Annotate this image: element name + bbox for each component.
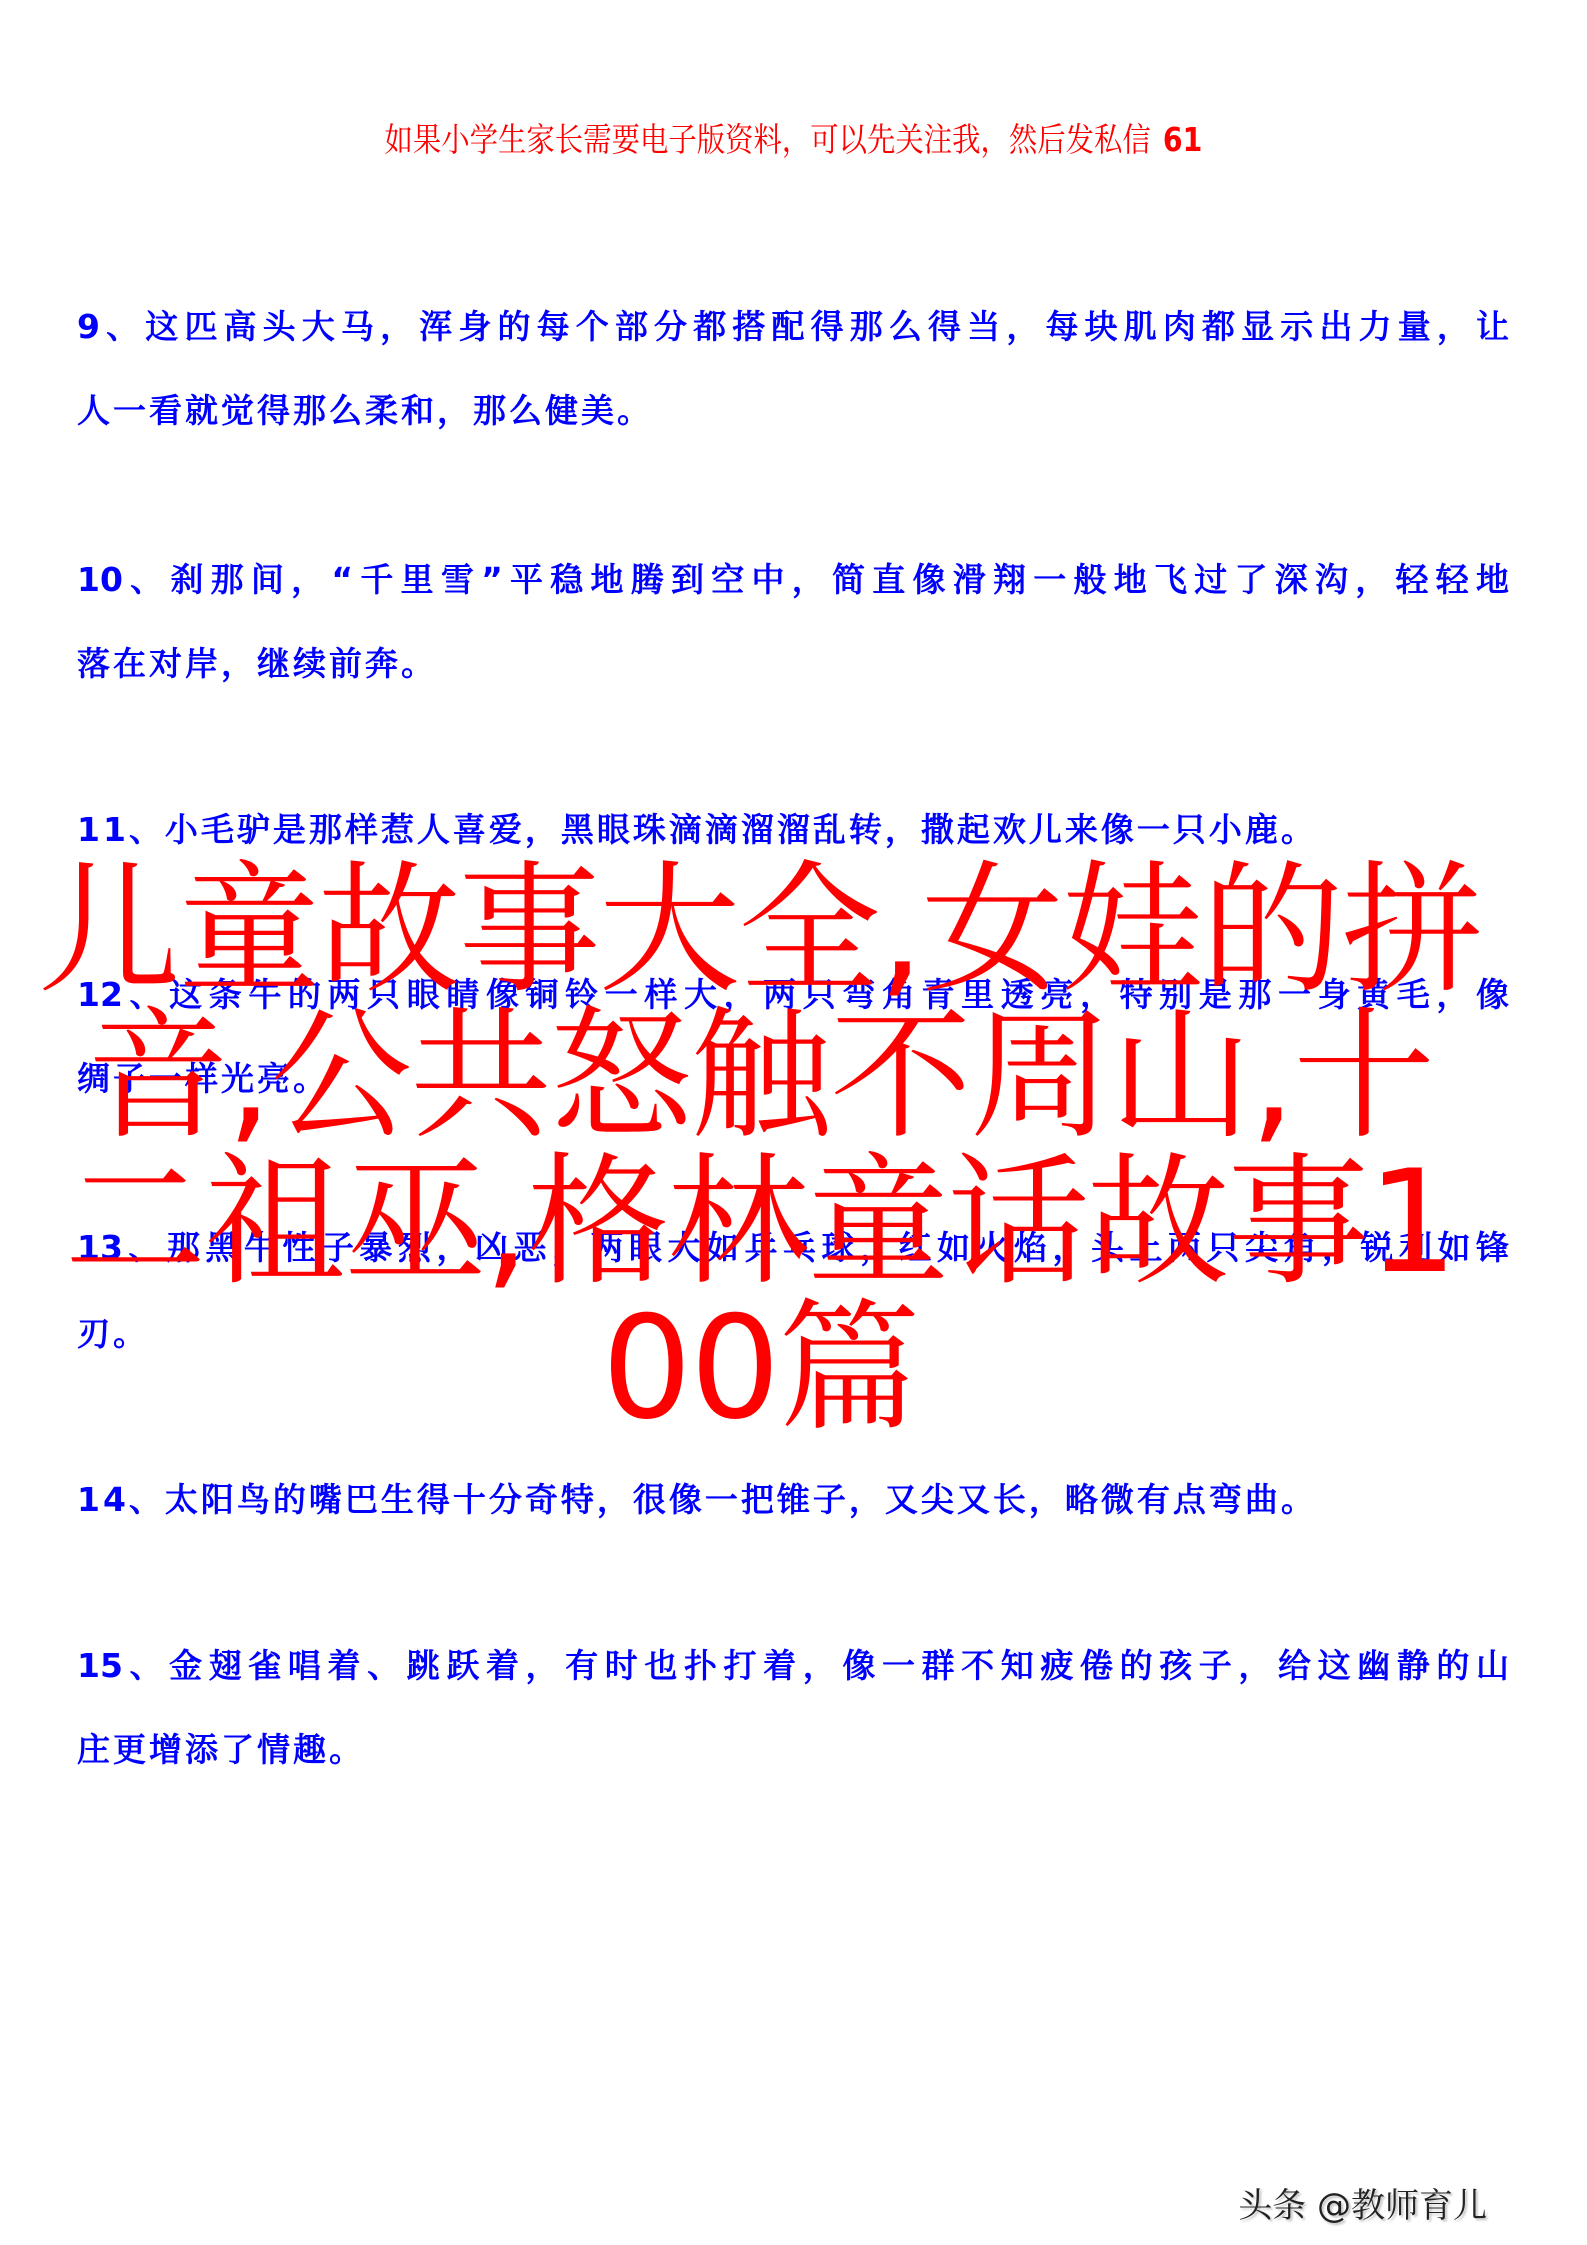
item-14-line-1: 14、太阳鸟的嘴巴生得十分奇特，很像一把锥子，又尖又长，略微有点弯曲。 bbox=[77, 1478, 1317, 1522]
item-15-line-1: 15、金翅雀唱着、跳跃着，有时也扑打着，像一群不知疲倦的孩子，给这幽静的山 bbox=[77, 1644, 1509, 1688]
item-9-line-1: 9、这匹高头大马，浑身的每个部分都搭配得那么得当，每块肌肉都显示出力量，让 bbox=[77, 305, 1509, 349]
overlay-title-line-3: 二祖巫,格林童话故事1 bbox=[20, 1150, 1500, 1296]
header-text: 如果小学生家长需要电子版资料，可以先关注我，然后发私信 bbox=[385, 120, 1151, 159]
overlay-title: 儿童故事大全,女娃的拼 音,公共怒触不周山,十 二祖巫,格林童话故事1 00篇 bbox=[20, 858, 1500, 1442]
item-11-line-1: 11、小毛驴是那样惹人喜爱，黑眼珠滴滴溜溜乱转，撒起欢儿来像一只小鹿。 bbox=[77, 808, 1317, 852]
overlay-title-line-4: 00篇 bbox=[20, 1296, 1500, 1442]
page-header: 如果小学生家长需要电子版资料，可以先关注我，然后发私信61 bbox=[111, 118, 1476, 162]
overlay-title-line-1: 儿童故事大全,女娃的拼 bbox=[20, 858, 1500, 1004]
item-9-line-2: 人一看就觉得那么柔和，那么健美。 bbox=[77, 389, 653, 433]
item-10-line-2: 落在对岸，继续前奔。 bbox=[77, 642, 437, 686]
watermark: 头条 @教师育儿 bbox=[1238, 2186, 1487, 2226]
overlay-title-line-2: 音,公共怒触不周山,十 bbox=[20, 1004, 1500, 1150]
item-10-line-1: 10、刹那间，“千里雪”平稳地腾到空中，简直像滑翔一般地飞过了深沟，轻轻地 bbox=[77, 558, 1509, 602]
page-number: 61 bbox=[1163, 120, 1203, 159]
item-15-line-2: 庄更增添了情趣。 bbox=[77, 1728, 365, 1772]
